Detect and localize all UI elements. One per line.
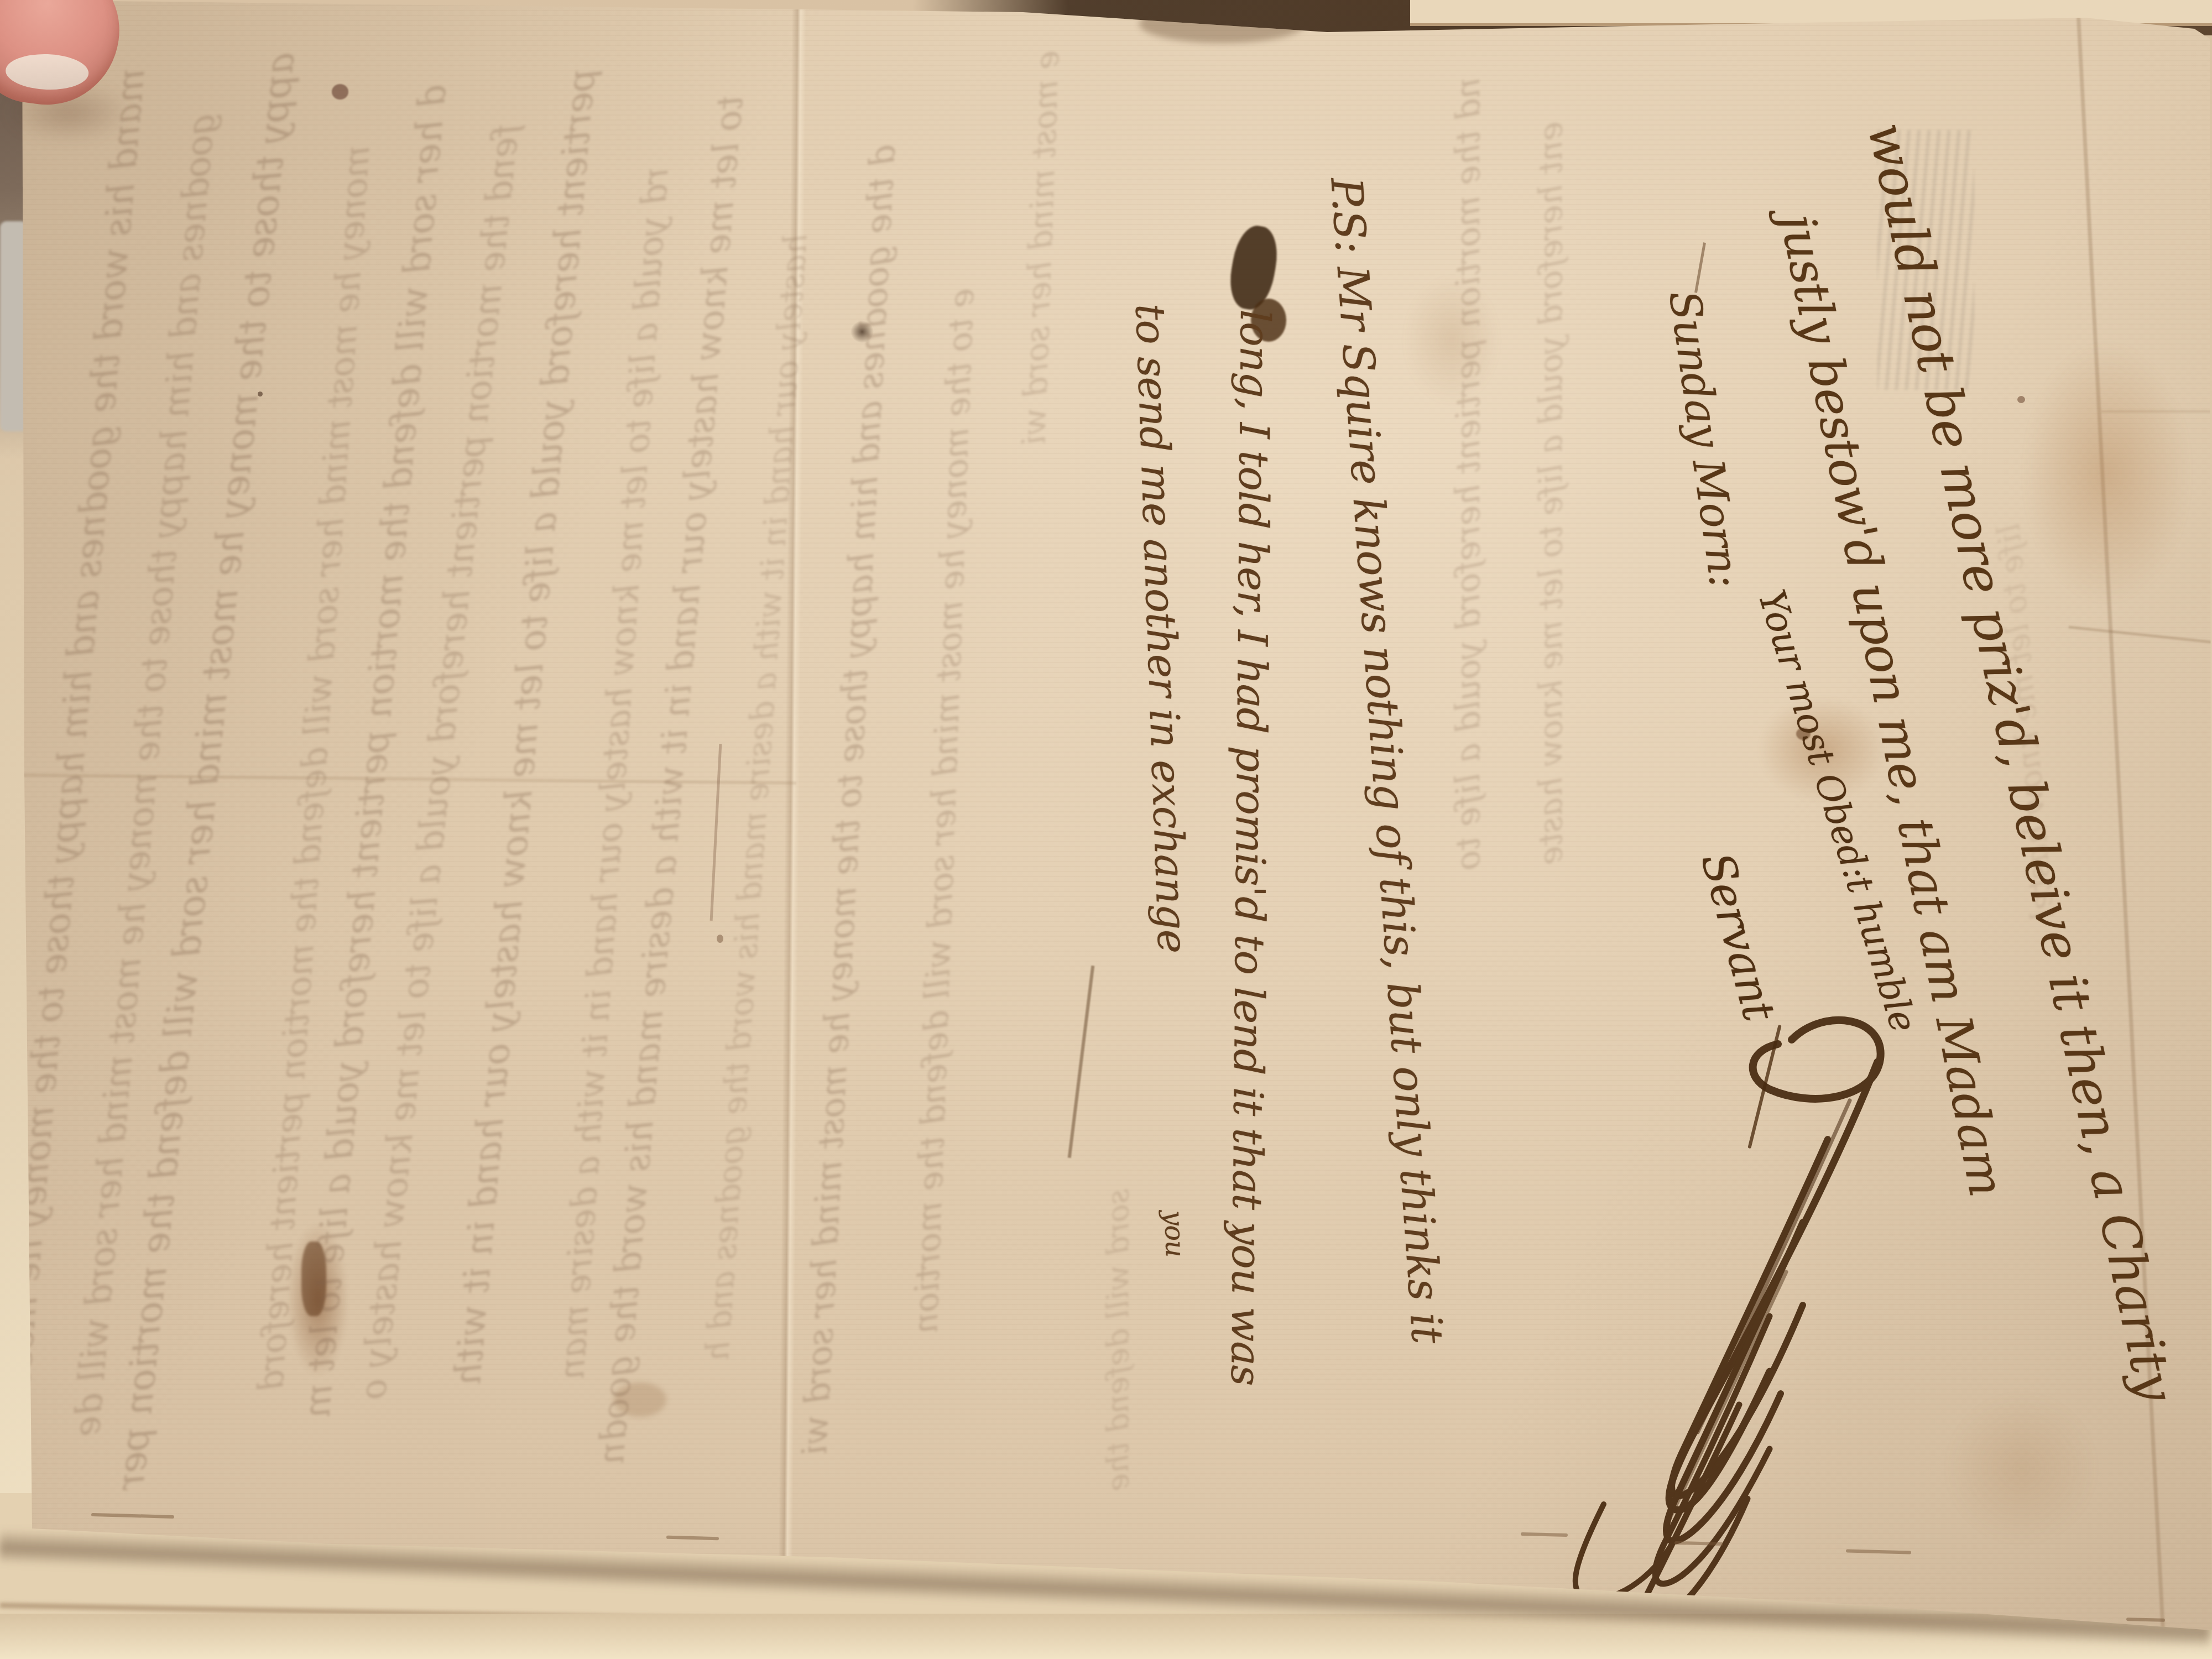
ink-spot — [332, 84, 348, 100]
bleed-column: sord will defend the — [1100, 1189, 1135, 1491]
speck — [2017, 396, 2025, 403]
insertion-caret: ^ — [1217, 1221, 1243, 1240]
stain-faint — [1947, 1394, 2096, 1543]
finger-holding-page — [0, 0, 128, 114]
show-through-dot — [717, 935, 723, 943]
bleed-column: ent hereford yould a life to let me know… — [1532, 122, 1569, 865]
postscript-inserted-word: you — [1158, 1210, 1191, 1258]
stain — [2024, 343, 2190, 603]
paper-sheet: would not be more priz'd, beleive it the… — [0, 0, 2212, 1659]
bleed-column: nd the mortion pertient hereford yould a… — [1449, 77, 1488, 870]
photo-of-manuscript-letter: { "letter": { "body_line_1": "would not … — [0, 0, 2212, 1659]
